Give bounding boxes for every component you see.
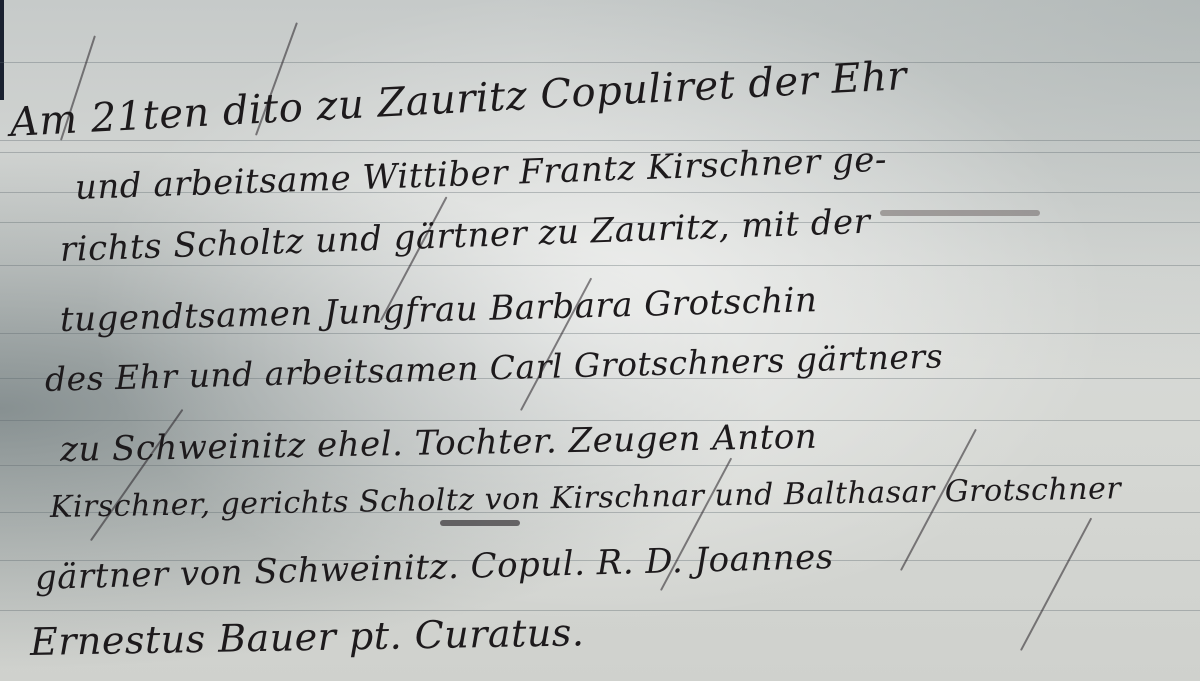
- text-line-7: Kirschner, gerichts Scholtz von Kirschna…: [50, 471, 1122, 525]
- text-line-6: zu Schweinitz ehel. Tochter. Zeugen Anto…: [60, 417, 818, 470]
- document-page: Am 21ten dito zu Zauritz Copuliret der E…: [0, 0, 1200, 681]
- ink-blot: [440, 520, 520, 526]
- text-line-8: gärtner von Schweinitz. Copul. R. D. Joa…: [34, 537, 834, 598]
- text-line-5: des Ehr und arbeitsamen Carl Grotschners…: [44, 336, 943, 399]
- ink-underline: [880, 210, 1040, 216]
- photo-border: [0, 0, 4, 100]
- text-line-3: richts Scholtz und gärtner zu Zauritz, m…: [59, 202, 871, 270]
- ruled-line: [0, 140, 1200, 141]
- text-line-4: tugendtsamen Jungfrau Barbara Grotschin: [59, 280, 817, 340]
- ruled-line: [0, 62, 1200, 63]
- ascender-stroke: [1020, 518, 1092, 651]
- text-line-9: Ernestus Bauer pt. Curatus.: [30, 610, 585, 664]
- ruled-line: [0, 610, 1200, 611]
- text-line-1: Am 21ten dito zu Zauritz Copuliret der E…: [9, 53, 908, 146]
- text-line-2: und arbeitsame Wittiber Frantz Kirschner…: [74, 140, 887, 208]
